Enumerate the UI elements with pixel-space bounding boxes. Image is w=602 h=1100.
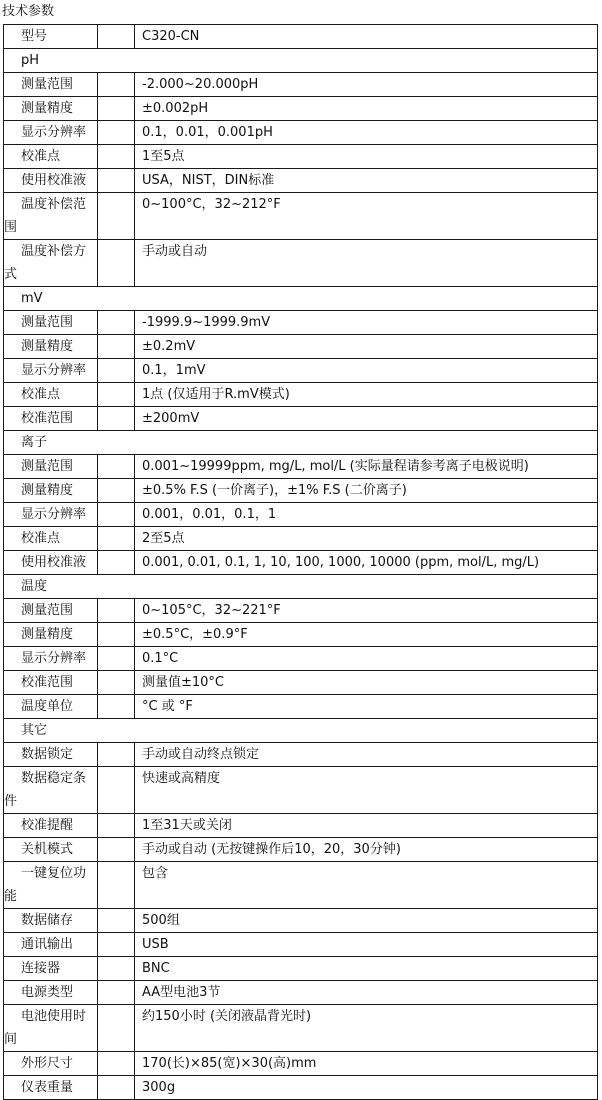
spec-empty-cell bbox=[98, 981, 135, 1005]
spec-empty-cell bbox=[98, 527, 135, 551]
spec-value: 0.1°C bbox=[135, 647, 598, 671]
spec-label: 型号 bbox=[4, 25, 98, 49]
spec-empty-cell bbox=[98, 383, 135, 407]
spec-empty-cell bbox=[98, 743, 135, 767]
spec-empty-cell bbox=[98, 623, 135, 647]
spec-row: 显示分辨率0.001，0.01，0.1，1 bbox=[4, 503, 598, 527]
section-heading: 温度 bbox=[4, 575, 598, 599]
spec-label-line2: 间 bbox=[4, 1032, 17, 1047]
spec-empty-cell bbox=[98, 599, 135, 623]
spec-value: ±0.2mV bbox=[135, 335, 598, 359]
spec-value: 0.001, 0.01, 0.1, 1, 10, 100, 1000, 1000… bbox=[135, 551, 598, 575]
spec-row: 电源类型AA型电池3节 bbox=[4, 981, 598, 1005]
spec-row: 仪表重量300g bbox=[4, 1076, 598, 1095]
section-row: pH bbox=[4, 49, 598, 73]
spec-label: 外形尺寸 bbox=[4, 1052, 98, 1076]
spec-value: BNC bbox=[135, 957, 598, 981]
spec-label: 电源类型 bbox=[4, 981, 98, 1005]
spec-row: 温度补偿范围0~100°C，32~212°F bbox=[4, 193, 598, 240]
spec-value: ±0.002pH bbox=[135, 97, 598, 121]
spec-empty-cell bbox=[98, 169, 135, 193]
spec-value: 快速或高精度 bbox=[135, 767, 598, 814]
spec-row: 型号C320-CN bbox=[4, 25, 598, 49]
spec-row: 校准点1点 (仅适用于R.mV模式) bbox=[4, 383, 598, 407]
page-title: 技术参数 bbox=[2, 2, 54, 22]
spec-value: 500组 bbox=[135, 909, 598, 933]
section-row: 其它 bbox=[4, 719, 598, 743]
spec-label: 显示分辨率 bbox=[4, 647, 98, 671]
spec-label: 仪表重量 bbox=[4, 1076, 98, 1095]
spec-value: C320-CN bbox=[135, 25, 598, 49]
spec-label: 显示分辨率 bbox=[4, 359, 98, 383]
spec-value: 0.001，0.01，0.1，1 bbox=[135, 503, 598, 527]
spec-empty-cell bbox=[98, 862, 135, 909]
spec-row: 测量范围-1999.9~1999.9mV bbox=[4, 311, 598, 335]
spec-label-line2: 式 bbox=[4, 267, 17, 282]
spec-label: 测量精度 bbox=[4, 479, 98, 503]
spec-value: -1999.9~1999.9mV bbox=[135, 311, 598, 335]
spec-value: 2至5点 bbox=[135, 527, 598, 551]
spec-row: 显示分辨率0.1，1mV bbox=[4, 359, 598, 383]
spec-empty-cell bbox=[98, 933, 135, 957]
spec-row: 测量范围-2.000~20.000pH bbox=[4, 73, 598, 97]
spec-label: 使用校准液 bbox=[4, 169, 98, 193]
spec-value: ±0.5% F.S (一价离子)，±1% F.S (二价离子) bbox=[135, 479, 598, 503]
spec-label: 电池使用时间 bbox=[4, 1005, 98, 1052]
spec-label: 校准点 bbox=[4, 145, 98, 169]
spec-row: 关机模式手动或自动 (无按键操作后10，20，30分钟) bbox=[4, 838, 598, 862]
spec-value: 0.1，1mV bbox=[135, 359, 598, 383]
spec-value: 手动或自动终点锁定 bbox=[135, 743, 598, 767]
spec-label: 校准范围 bbox=[4, 671, 98, 695]
spec-row: 显示分辨率0.1°C bbox=[4, 647, 598, 671]
spec-label: 关机模式 bbox=[4, 838, 98, 862]
spec-value: 0~105°C，32~221°F bbox=[135, 599, 598, 623]
spec-empty-cell bbox=[98, 671, 135, 695]
spec-table-body: 型号C320-CNpH测量范围-2.000~20.000pH测量精度±0.002… bbox=[4, 25, 598, 1095]
spec-row: 测量精度±0.002pH bbox=[4, 97, 598, 121]
spec-empty-cell bbox=[98, 647, 135, 671]
spec-label: 校准点 bbox=[4, 527, 98, 551]
spec-row: 外形尺寸170(长)×85(宽)×30(高)mm bbox=[4, 1052, 598, 1076]
spec-label-line1: 数据稳定条 bbox=[21, 771, 86, 786]
spec-row: 温度单位°C 或 °F bbox=[4, 695, 598, 719]
section-heading: pH bbox=[4, 49, 598, 73]
spec-label: 测量范围 bbox=[4, 455, 98, 479]
spec-label: 测量范围 bbox=[4, 599, 98, 623]
spec-value: AA型电池3节 bbox=[135, 981, 598, 1005]
spec-label: 测量精度 bbox=[4, 623, 98, 647]
spec-row: 温度补偿方式手动或自动 bbox=[4, 240, 598, 287]
spec-label-line1: 温度补偿方 bbox=[21, 244, 86, 259]
spec-value: 包含 bbox=[135, 862, 598, 909]
spec-row: 测量精度±0.2mV bbox=[4, 335, 598, 359]
spec-row: 数据稳定条件快速或高精度 bbox=[4, 767, 598, 814]
spec-label-line1: 一键复位功 bbox=[21, 866, 86, 881]
section-heading: 其它 bbox=[4, 719, 598, 743]
spec-empty-cell bbox=[98, 25, 135, 49]
spec-row: 连接器BNC bbox=[4, 957, 598, 981]
spec-label: 测量精度 bbox=[4, 97, 98, 121]
spec-label: 测量精度 bbox=[4, 335, 98, 359]
spec-row: 测量精度±0.5°C，±0.9°F bbox=[4, 623, 598, 647]
section-row: 温度 bbox=[4, 575, 598, 599]
spec-row: 数据储存500组 bbox=[4, 909, 598, 933]
spec-empty-cell bbox=[98, 695, 135, 719]
spec-value: 300g bbox=[135, 1076, 598, 1095]
spec-row: 校准提醒1至31天或关闭 bbox=[4, 814, 598, 838]
spec-empty-cell bbox=[98, 814, 135, 838]
spec-row: 数据锁定手动或自动终点锁定 bbox=[4, 743, 598, 767]
spec-value: 手动或自动 bbox=[135, 240, 598, 287]
spec-empty-cell bbox=[98, 957, 135, 981]
spec-label: 一键复位功能 bbox=[4, 862, 98, 909]
spec-empty-cell bbox=[98, 335, 135, 359]
spec-row: 校准范围±200mV bbox=[4, 407, 598, 431]
spec-row: 校准点1至5点 bbox=[4, 145, 598, 169]
spec-label: 测量范围 bbox=[4, 311, 98, 335]
section-heading: mV bbox=[4, 287, 598, 311]
spec-empty-cell bbox=[98, 1052, 135, 1076]
spec-empty-cell bbox=[98, 359, 135, 383]
spec-row: 测量范围0~105°C，32~221°F bbox=[4, 599, 598, 623]
spec-empty-cell bbox=[98, 121, 135, 145]
spec-row: 使用校准液0.001, 0.01, 0.1, 1, 10, 100, 1000,… bbox=[4, 551, 598, 575]
spec-row: 显示分辨率0.1，0.01，0.001pH bbox=[4, 121, 598, 145]
spec-label-line2: 围 bbox=[4, 220, 17, 235]
spec-empty-cell bbox=[98, 1005, 135, 1052]
spec-label: 显示分辨率 bbox=[4, 503, 98, 527]
spec-label: 数据储存 bbox=[4, 909, 98, 933]
spec-row: 通讯输出USB bbox=[4, 933, 598, 957]
spec-value: 1点 (仅适用于R.mV模式) bbox=[135, 383, 598, 407]
spec-value: 0.1，0.01，0.001pH bbox=[135, 121, 598, 145]
spec-label: 通讯输出 bbox=[4, 933, 98, 957]
spec-value: ±0.5°C，±0.9°F bbox=[135, 623, 598, 647]
spec-value: -2.000~20.000pH bbox=[135, 73, 598, 97]
spec-label-line2: 能 bbox=[4, 889, 17, 904]
spec-empty-cell bbox=[98, 1076, 135, 1095]
spec-row: 测量精度±0.5% F.S (一价离子)，±1% F.S (二价离子) bbox=[4, 479, 598, 503]
spec-label-line2: 件 bbox=[4, 794, 17, 809]
section-row: 离子 bbox=[4, 431, 598, 455]
spec-row: 校准点2至5点 bbox=[4, 527, 598, 551]
spec-label: 数据稳定条件 bbox=[4, 767, 98, 814]
spec-value: 0.001~19999ppm, mg/L, mol/L (实际量程请参考离子电极… bbox=[135, 455, 598, 479]
spec-label: 显示分辨率 bbox=[4, 121, 98, 145]
spec-label: 数据锁定 bbox=[4, 743, 98, 767]
spec-value: 1至5点 bbox=[135, 145, 598, 169]
spec-empty-cell bbox=[98, 838, 135, 862]
spec-table: 型号C320-CNpH测量范围-2.000~20.000pH测量精度±0.002… bbox=[3, 24, 598, 1094]
spec-empty-cell bbox=[98, 503, 135, 527]
spec-empty-cell bbox=[98, 311, 135, 335]
spec-label: 连接器 bbox=[4, 957, 98, 981]
spec-value: ±200mV bbox=[135, 407, 598, 431]
spec-value: 0~100°C，32~212°F bbox=[135, 193, 598, 240]
spec-label: 校准范围 bbox=[4, 407, 98, 431]
spec-value: 1至31天或关闭 bbox=[135, 814, 598, 838]
spec-value: 170(长)×85(宽)×30(高)mm bbox=[135, 1052, 598, 1076]
spec-empty-cell bbox=[98, 145, 135, 169]
spec-empty-cell bbox=[98, 193, 135, 240]
spec-label-line1: 温度补偿范 bbox=[21, 197, 86, 212]
spec-row: 校准范围测量值±10°C bbox=[4, 671, 598, 695]
spec-value: 测量值±10°C bbox=[135, 671, 598, 695]
spec-empty-cell bbox=[98, 407, 135, 431]
spec-label-line1: 电池使用时 bbox=[21, 1009, 86, 1024]
spec-value: USB bbox=[135, 933, 598, 957]
spec-value: °C 或 °F bbox=[135, 695, 598, 719]
spec-label: 使用校准液 bbox=[4, 551, 98, 575]
spec-empty-cell bbox=[98, 479, 135, 503]
spec-value: 手动或自动 (无按键操作后10，20，30分钟) bbox=[135, 838, 598, 862]
spec-value: USA，NIST，DIN标准 bbox=[135, 169, 598, 193]
spec-value: 约150小时 (关闭液晶背光时) bbox=[135, 1005, 598, 1052]
spec-label: 温度补偿方式 bbox=[4, 240, 98, 287]
spec-empty-cell bbox=[98, 97, 135, 121]
spec-label: 校准点 bbox=[4, 383, 98, 407]
spec-empty-cell bbox=[98, 909, 135, 933]
spec-row: 一键复位功能包含 bbox=[4, 862, 598, 909]
spec-empty-cell bbox=[98, 767, 135, 814]
spec-empty-cell bbox=[98, 455, 135, 479]
spec-row: 测量范围0.001~19999ppm, mg/L, mol/L (实际量程请参考… bbox=[4, 455, 598, 479]
section-heading: 离子 bbox=[4, 431, 598, 455]
spec-empty-cell bbox=[98, 240, 135, 287]
spec-row: 使用校准液USA，NIST，DIN标准 bbox=[4, 169, 598, 193]
spec-label: 温度单位 bbox=[4, 695, 98, 719]
section-row: mV bbox=[4, 287, 598, 311]
spec-empty-cell bbox=[98, 551, 135, 575]
spec-empty-cell bbox=[98, 73, 135, 97]
spec-row: 电池使用时间约150小时 (关闭液晶背光时) bbox=[4, 1005, 598, 1052]
spec-label: 温度补偿范围 bbox=[4, 193, 98, 240]
spec-label: 测量范围 bbox=[4, 73, 98, 97]
spec-label: 校准提醒 bbox=[4, 814, 98, 838]
